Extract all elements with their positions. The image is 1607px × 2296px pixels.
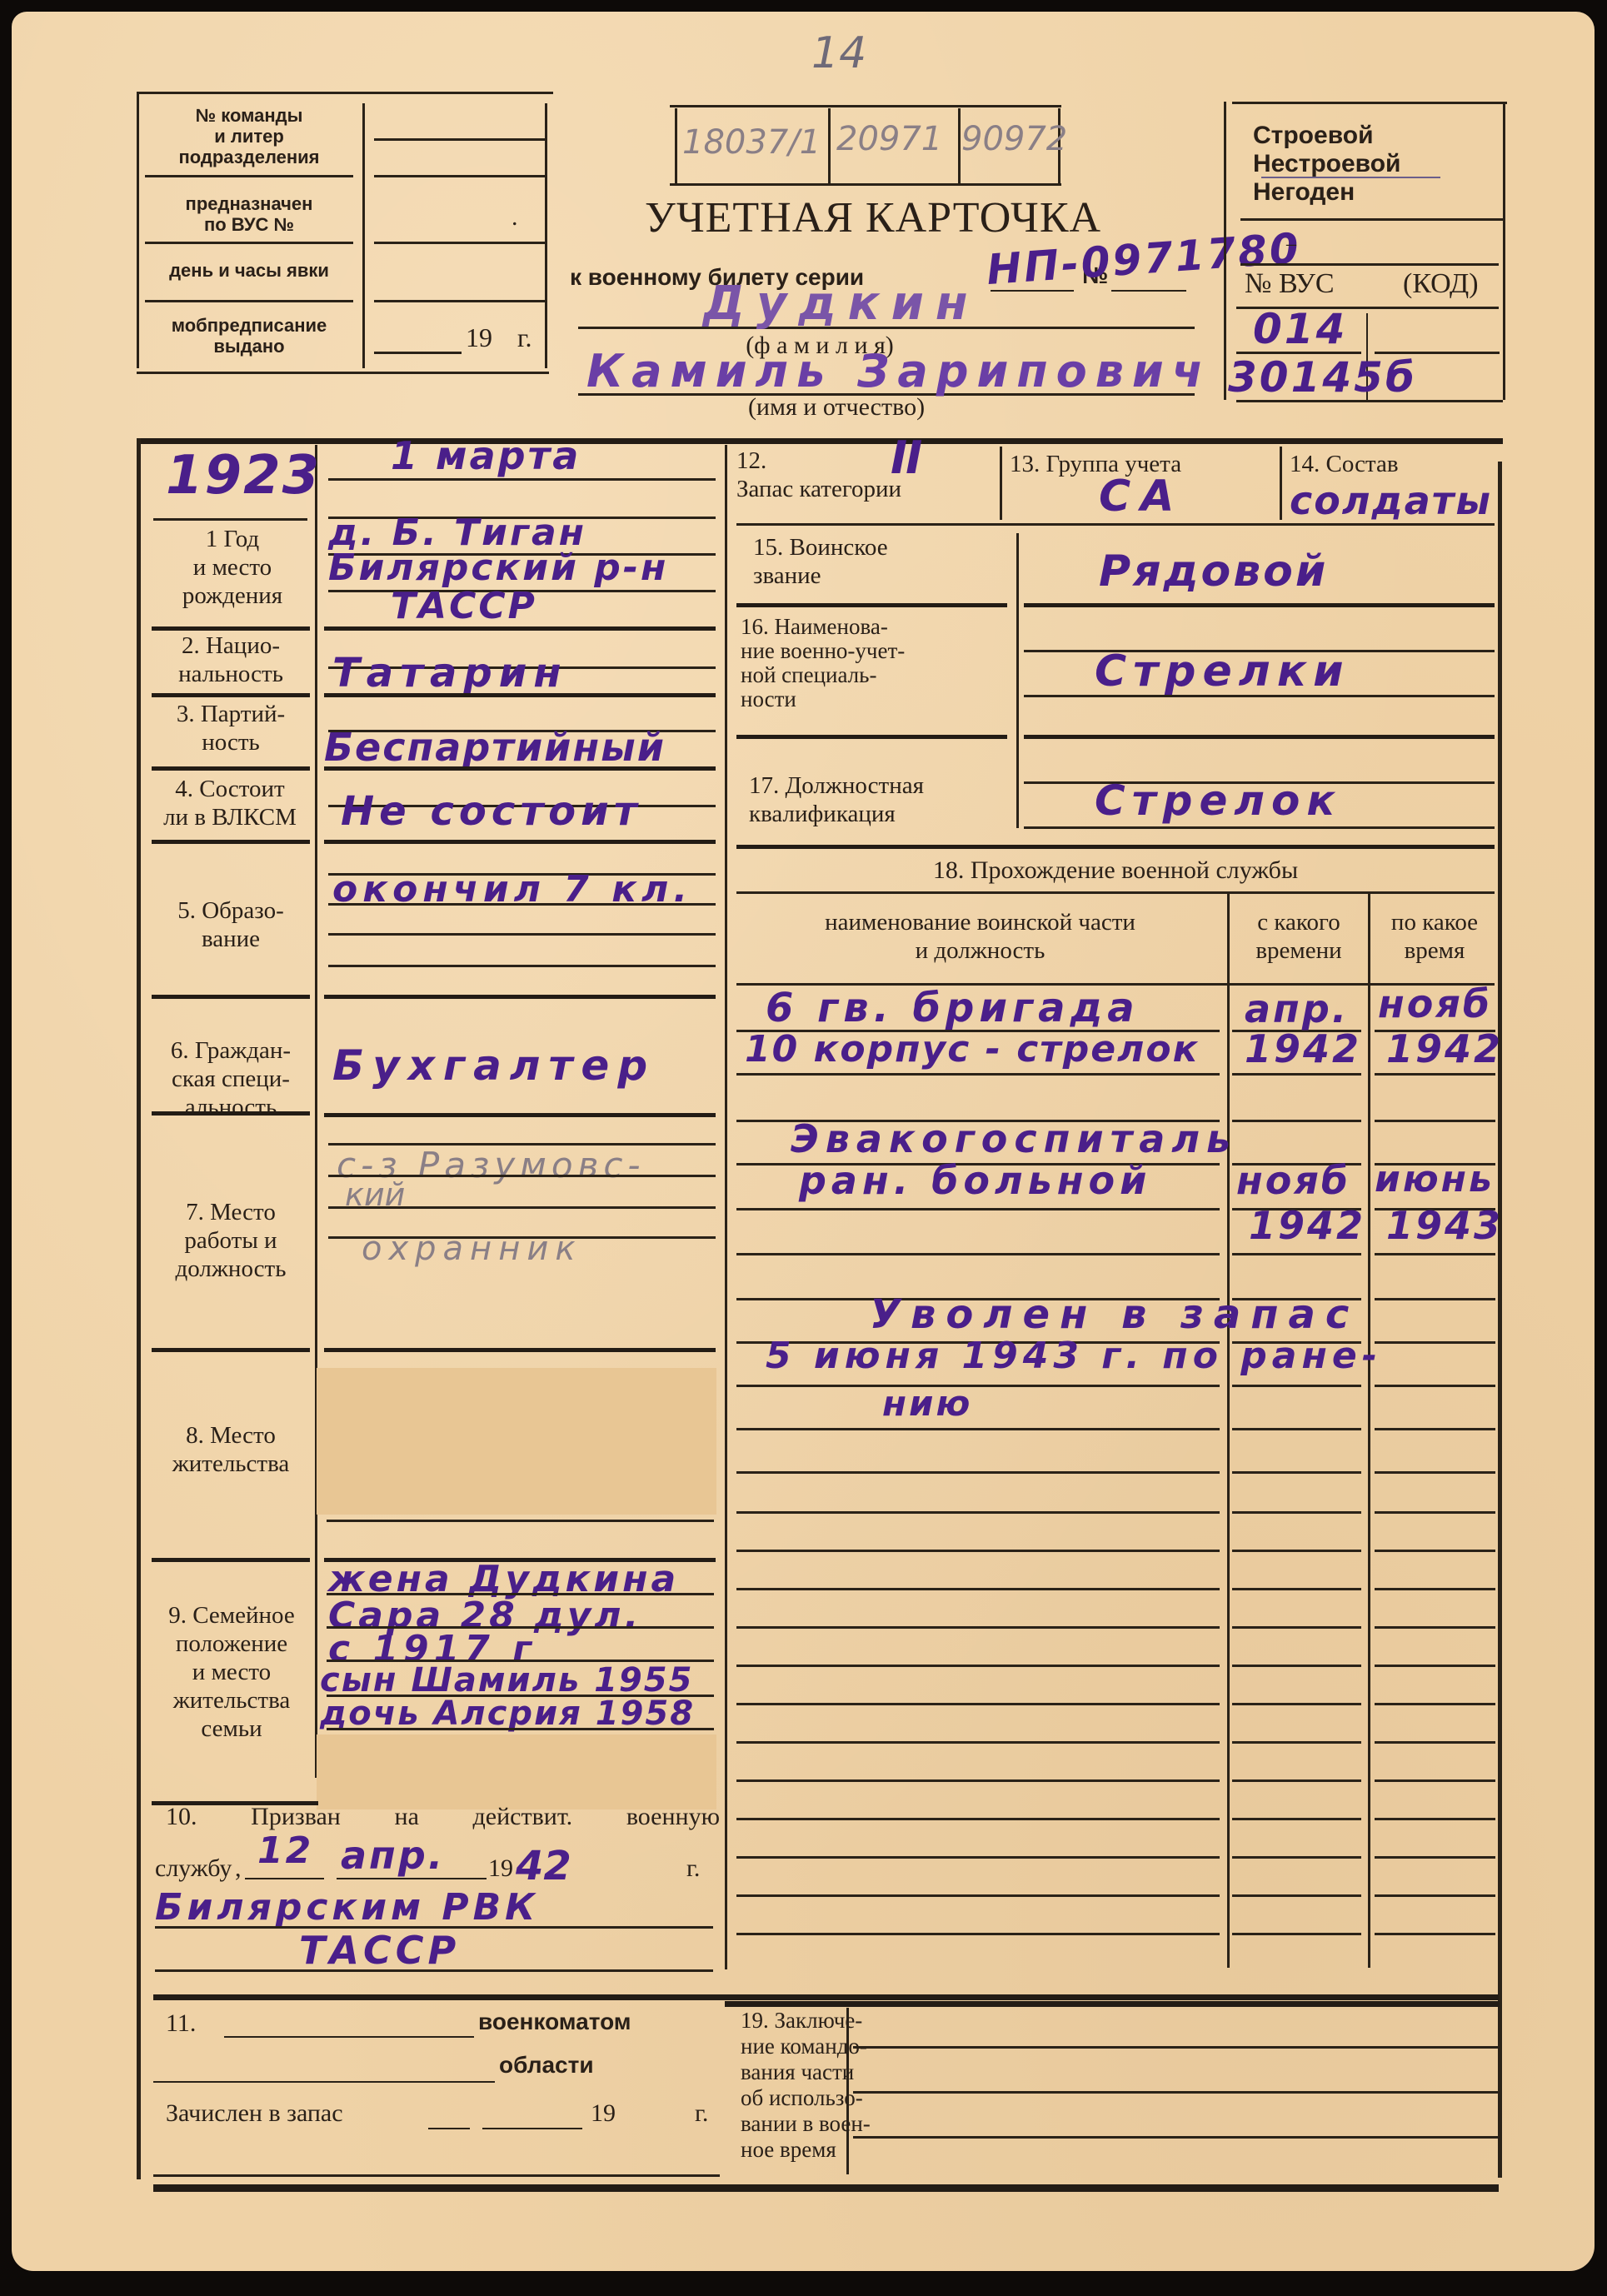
civil-specialty-value: Бухгалтер bbox=[332, 1041, 656, 1090]
conscription-year-end: г. bbox=[686, 1854, 700, 1883]
account-group-value: СА bbox=[1099, 472, 1184, 522]
birth-label: 1 Год и место рождения bbox=[153, 525, 312, 610]
conscription-by-2: ТАССР bbox=[299, 1928, 460, 1973]
service-row-2-unit: 10 корпус - стрелок bbox=[745, 1028, 1199, 1071]
service-col-to: по какое время bbox=[1371, 908, 1498, 965]
service-col-from: с какого времени bbox=[1230, 908, 1368, 965]
civil-specialty-label: 6. Граждан- ская специ- альность bbox=[152, 1036, 310, 1121]
service-row-8-unit: Уволен в запас bbox=[870, 1291, 1359, 1338]
vus-assigned-label: предназначен по ВУС № bbox=[145, 193, 353, 235]
workplace-value-3: охранник bbox=[362, 1230, 582, 1268]
position-qualification-label: 17. Должностная квалификация bbox=[749, 771, 924, 828]
service-title: 18. Прохождение военной службы bbox=[736, 856, 1495, 885]
birth-district: Билярский р-н bbox=[328, 547, 668, 589]
vus-label: № ВУС bbox=[1245, 270, 1335, 298]
conscription-month: апр. bbox=[341, 1833, 445, 1878]
mob-order-label: мобпредписание выдано bbox=[145, 315, 353, 357]
service-row-1-from: апр. bbox=[1245, 986, 1349, 1031]
oblast-label: области bbox=[499, 2054, 594, 2075]
vus-specialty-value: Стрелки bbox=[1095, 646, 1350, 696]
komsomol-value: Не состоит bbox=[341, 788, 642, 835]
fitness-option-combat: Строевой bbox=[1253, 122, 1374, 150]
fitness-option-noncombat: Нестроевой bbox=[1253, 150, 1400, 178]
archive-number-2: 20971 bbox=[836, 120, 942, 158]
archive-number-3: 90972 bbox=[961, 120, 1067, 158]
reserve-category-label: 12. Запас категории bbox=[736, 447, 901, 503]
name-patronymic-value: Камиль Зарипович bbox=[586, 345, 1211, 397]
service-row-5-unit: ран. больной bbox=[799, 1158, 1151, 1203]
vus-value-2: 30145б bbox=[1228, 353, 1417, 402]
service-row-2-from: 1942 bbox=[1245, 1026, 1361, 1071]
command-label: № команды и литер подразделения bbox=[145, 105, 353, 167]
vus-value-1: 014 bbox=[1253, 305, 1347, 353]
mob-order-year: 19 г. bbox=[466, 323, 532, 352]
registration-card: 14 № команды и литер подразделения предн… bbox=[12, 12, 1595, 2271]
service-row-10-unit: нию bbox=[882, 1383, 972, 1424]
voenkomat-label: военкоматом bbox=[478, 2011, 631, 2032]
appearance-label: день и часы явки bbox=[145, 260, 353, 281]
fitness-option-unfit: Негоден bbox=[1253, 178, 1355, 207]
conscription-day: 12 bbox=[257, 1829, 313, 1872]
conscription-year-suffix: 42 bbox=[516, 1843, 571, 1889]
conscription-year-prefix: 19 bbox=[488, 1854, 513, 1883]
command-conclusion-label: 19. Заключе- ние командо- вания части об… bbox=[741, 2008, 871, 2163]
vus-assigned-value: . bbox=[512, 203, 518, 232]
birth-republic: ТАССР bbox=[391, 585, 537, 627]
nationality-value: Татарин bbox=[332, 650, 568, 696]
service-row-6-to: 1943 bbox=[1386, 1203, 1503, 1248]
surname-value: Дудкин bbox=[703, 277, 980, 331]
conscription-by: Билярским РВК bbox=[155, 1886, 539, 1929]
nationality-label: 2. Нацио- нальность bbox=[152, 631, 310, 688]
party-label: 3. Партий- ность bbox=[152, 700, 310, 756]
reserve-g: г. bbox=[695, 2099, 708, 2128]
service-row-5-to: июнь bbox=[1375, 1158, 1495, 1200]
code-label: (КОД) bbox=[1403, 270, 1479, 298]
service-col-unit: наименование воинской части и должность bbox=[736, 908, 1224, 965]
education-label: 5. Образо- вание bbox=[152, 896, 310, 953]
conscription-label-2: службу bbox=[155, 1854, 232, 1883]
workplace-label: 7. Место работы и должность bbox=[152, 1198, 310, 1283]
fitness-dash: – bbox=[1286, 230, 1296, 258]
birth-date: 1 марта bbox=[391, 433, 581, 478]
residence-label: 8. Место жительства bbox=[152, 1421, 310, 1478]
rank-value: Рядовой bbox=[1099, 547, 1328, 596]
service-row-4-unit: Эвакогоспиталь bbox=[791, 1116, 1237, 1161]
name-caption: (имя и отчество) bbox=[661, 393, 1011, 422]
family-label: 9. Семейное положение и место жительства… bbox=[148, 1601, 315, 1743]
service-row-9-unit: 5 июня 1943 г. по ране- bbox=[766, 1335, 1382, 1377]
conscription-label: 10. Призван на действит. военную bbox=[166, 1803, 720, 1831]
reserve-category-value: II bbox=[891, 432, 921, 484]
party-value: Беспартийный bbox=[324, 725, 666, 770]
vus-specialty-label: 16. Наименова- ние военно-учет- ной спец… bbox=[741, 615, 905, 711]
reserve-num: 11. bbox=[166, 2009, 196, 2038]
rank-label: 15. Воинское звание bbox=[753, 533, 888, 590]
service-row-2-to: 1942 bbox=[1386, 1026, 1503, 1071]
card-title: УЧЕТНАЯ КАРТОЧКА bbox=[645, 193, 1101, 243]
conscription-quote: , bbox=[235, 1854, 242, 1883]
composition-value: солдаты bbox=[1290, 478, 1492, 523]
reserve-year: 19 bbox=[591, 2099, 616, 2128]
reserve-label: Зачислен в запас bbox=[166, 2099, 343, 2128]
service-row-1-to: нояб bbox=[1378, 981, 1492, 1026]
komsomol-label: 4. Состоит ли в ВЛКСМ bbox=[147, 775, 313, 831]
composition-label: 14. Состав bbox=[1290, 450, 1399, 478]
service-row-1-unit: 6 гв. бригада bbox=[766, 985, 1140, 1031]
position-qualification-value: Стрелок bbox=[1095, 776, 1341, 825]
birth-year: 1923 bbox=[166, 445, 321, 507]
residence-redacted bbox=[317, 1368, 716, 1515]
service-row-6-from: 1942 bbox=[1249, 1203, 1365, 1248]
page-number: 14 bbox=[811, 28, 866, 78]
archive-number-1: 18037/1 bbox=[682, 123, 821, 162]
service-row-5-from: нояб bbox=[1236, 1158, 1350, 1203]
